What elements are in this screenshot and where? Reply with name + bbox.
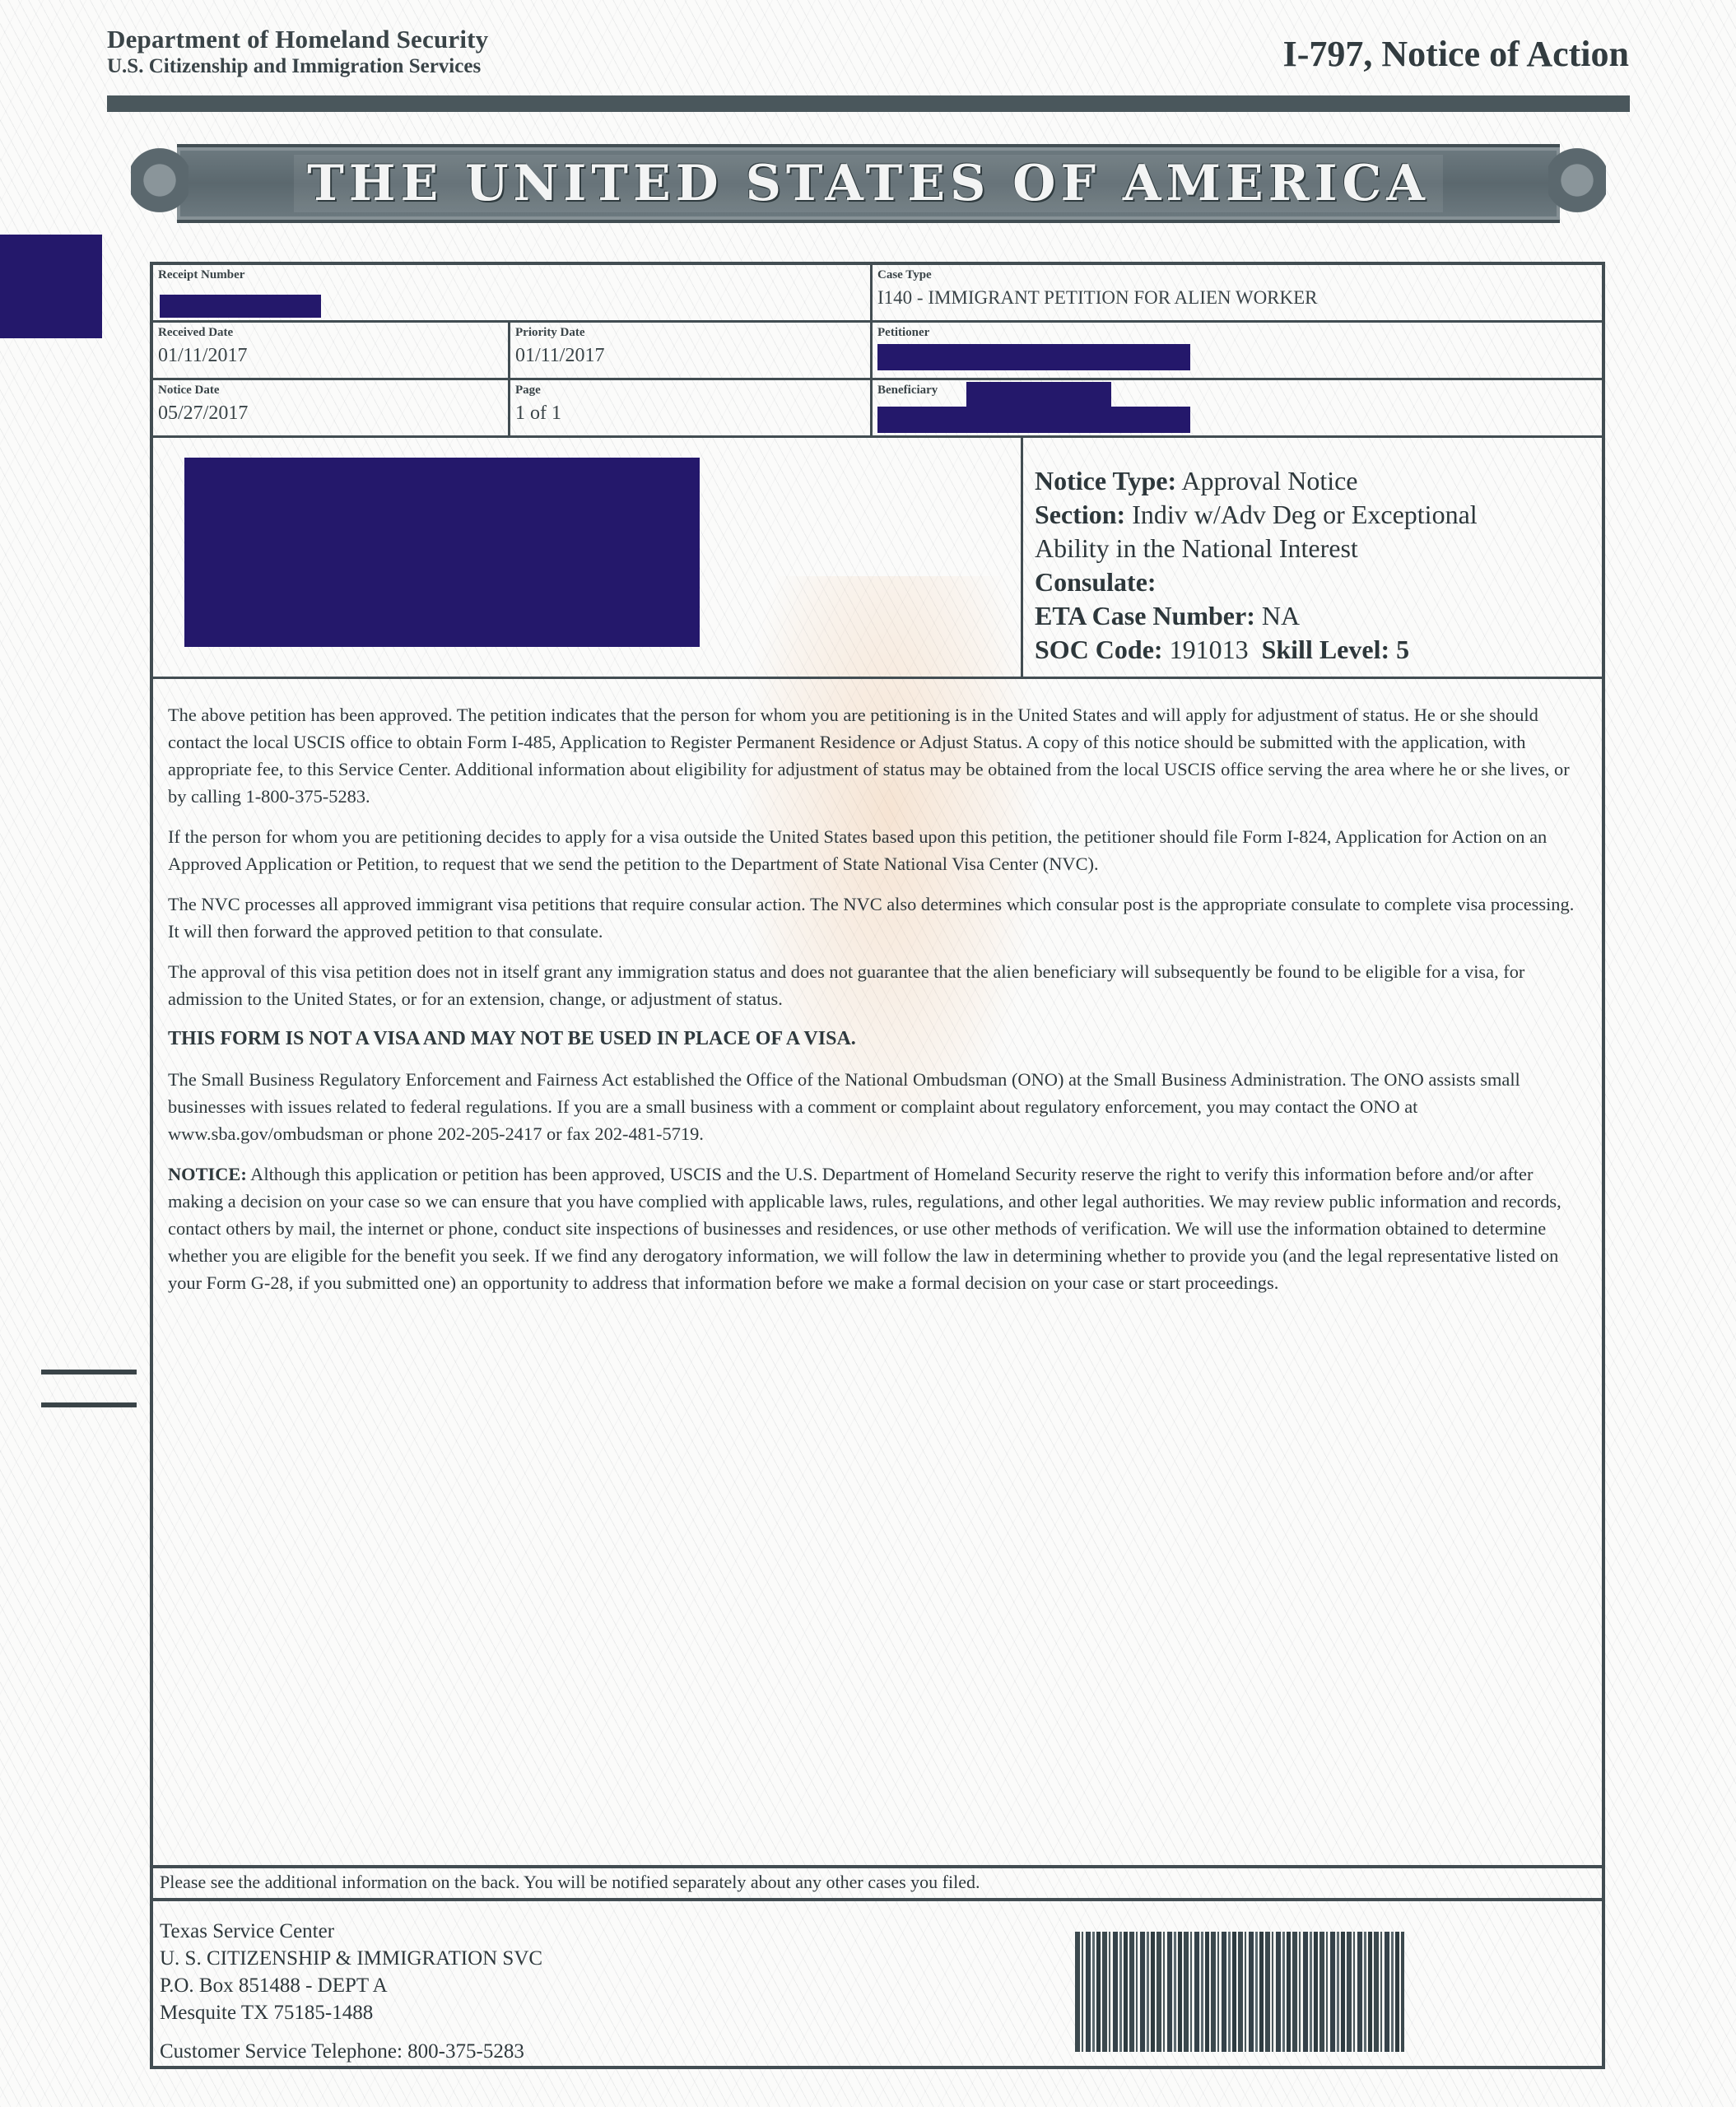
eta-value: NA: [1262, 601, 1300, 630]
receipt-number-cell: Receipt Number: [153, 265, 873, 323]
agency-subname: U.S. Citizenship and Immigration Service…: [107, 54, 488, 79]
service-center-address: Texas Service Center U. S. CITIZENSHIP &…: [160, 1918, 542, 2065]
notice-type-value: Approval Notice: [1181, 466, 1357, 495]
notice-label: NOTICE:: [168, 1164, 247, 1184]
beneficiary-redacted-top: [966, 382, 1111, 407]
banner-text: THE UNITED STATES OF AMERICA: [294, 155, 1443, 212]
priority-date-value: 01/11/2017: [515, 343, 865, 368]
eta-line: ETA Case Number: NA: [1035, 599, 1590, 633]
notice-summary: Notice Type: Approval Notice Section: In…: [153, 438, 1602, 679]
consulate-line: Consulate:: [1035, 565, 1590, 599]
address-line-4: Mesquite TX 75185-1488: [160, 1999, 542, 2026]
agency-name: Department of Homeland Security: [107, 25, 488, 54]
eta-label: ETA Case Number:: [1035, 601, 1255, 630]
paragraph-approval-disclaimer: The approval of this visa petition does …: [168, 958, 1584, 1012]
notice-text: Although this application or petition ha…: [168, 1164, 1561, 1293]
case-type-value: I140 - IMMIGRANT PETITION FOR ALIEN WORK…: [877, 286, 1597, 310]
skill-value: 5: [1396, 635, 1409, 664]
receipt-number-label: Receipt Number: [158, 267, 865, 282]
paragraph-adjustment: The above petition has been approved. Th…: [168, 701, 1584, 810]
paragraph-nvc: The NVC processes all approved immigrant…: [168, 891, 1584, 945]
page-value: 1 of 1: [515, 401, 865, 426]
form-title: I-797, Notice of Action: [1283, 33, 1629, 75]
received-date-cell: Received Date 01/11/2017: [153, 323, 510, 380]
petitioner-label: Petitioner: [877, 325, 1597, 340]
soc-value: 191013: [1170, 635, 1249, 664]
soc-line: SOC Code: 191013 Skill Level: 5: [1035, 633, 1590, 667]
notice-date-cell: Notice Date 05/27/2017: [153, 380, 510, 438]
footer-note: Please see the additional information on…: [153, 1865, 1602, 1901]
received-date-label: Received Date: [158, 325, 503, 340]
customer-service-phone: Customer Service Telephone: 800-375-5283: [160, 2038, 542, 2065]
mailing-address-redacted: [184, 458, 700, 647]
petitioner-redacted: [877, 344, 1190, 370]
notice-date-value: 05/27/2017: [158, 401, 503, 426]
priority-date-cell: Priority Date 01/11/2017: [510, 323, 873, 380]
beneficiary-redacted: [877, 407, 1190, 433]
notice-type-line: Notice Type: Approval Notice: [1035, 464, 1590, 498]
barcode: [1075, 1932, 1404, 2052]
paragraph-ombudsman: The Small Business Regulatory Enforcemen…: [168, 1066, 1584, 1147]
skill-label: Skill Level:: [1262, 635, 1390, 664]
address-line-2: U. S. CITIZENSHIP & IMMIGRATION SVC: [160, 1945, 542, 1972]
address-line-1: Texas Service Center: [160, 1918, 542, 1945]
margin-fold-mark: [41, 1402, 137, 1407]
case-type-cell: Case Type I140 - IMMIGRANT PETITION FOR …: [873, 265, 1602, 323]
page-label: Page: [515, 383, 865, 398]
section-label: Section:: [1035, 500, 1125, 529]
received-date-value: 01/11/2017: [158, 343, 503, 368]
notice-type-label: Notice Type:: [1035, 466, 1176, 495]
margin-redaction: [0, 235, 102, 338]
section-line: Section: Indiv w/Adv Deg or Exceptional: [1035, 498, 1590, 532]
margin-fold-mark: [41, 1370, 137, 1374]
banner: THE UNITED STATES OF AMERICA: [119, 140, 1617, 226]
notice-body: The above petition has been approved. Th…: [168, 701, 1584, 1309]
page-cell: Page 1 of 1: [510, 380, 873, 438]
petitioner-cell: Petitioner: [873, 323, 1602, 380]
paragraph-visa-outside-us: If the person for whom you are petitioni…: [168, 823, 1584, 877]
paragraph-notice: NOTICE: Although this application or pet…: [168, 1160, 1584, 1296]
banner-ornament: THE UNITED STATES OF AMERICA: [177, 144, 1560, 223]
priority-date-label: Priority Date: [515, 325, 865, 340]
not-a-visa-warning: THIS FORM IS NOT A VISA AND MAY NOT BE U…: [168, 1026, 1584, 1053]
agency-header: Department of Homeland Security U.S. Cit…: [107, 25, 488, 79]
section-line-2: Ability in the National Interest: [1035, 532, 1590, 565]
case-info-grid: Receipt Number Case Type I140 - IMMIGRAN…: [153, 265, 1602, 438]
notice-details: Notice Type: Approval Notice Section: In…: [1021, 438, 1602, 677]
beneficiary-cell: Beneficiary: [873, 380, 1602, 438]
consulate-label: Consulate:: [1035, 567, 1157, 597]
notice-form: Receipt Number Case Type I140 - IMMIGRAN…: [150, 262, 1605, 2069]
case-type-label: Case Type: [877, 267, 1597, 282]
header-rule: [107, 95, 1630, 112]
notice-date-label: Notice Date: [158, 383, 503, 398]
address-line-3: P.O. Box 851488 - DEPT A: [160, 1972, 542, 1999]
receipt-number-redacted: [160, 295, 321, 318]
section-value: Indiv w/Adv Deg or Exceptional: [1132, 500, 1477, 529]
soc-label: SOC Code:: [1035, 635, 1163, 664]
